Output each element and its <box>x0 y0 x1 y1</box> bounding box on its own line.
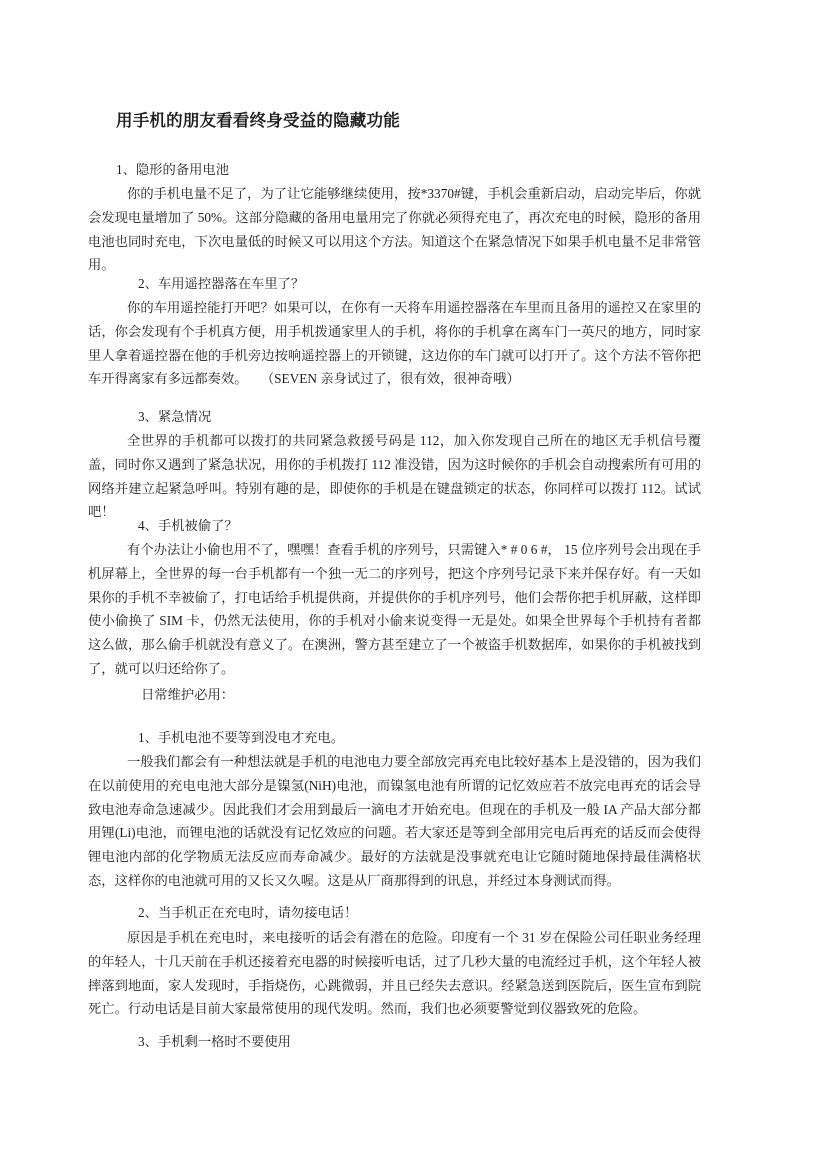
maintenance-2-paragraph: 原因是手机在充电时，来电接听的话会有潜在的危险。印度有一个 31 岁在保险公司任… <box>88 926 701 1021</box>
maintenance-1-heading: 1、手机电池不要等到没电才充电。 <box>88 726 701 750</box>
maintenance-1-paragraph: 一般我们都会有一种想法就是手机的电池电力要全部放完再充电比较好基本上是没错的，因… <box>88 750 701 893</box>
section-2-paragraph: 你的车用遥控能打开吧？如果可以，在你有一天将车用遥控器落在车里而且备用的遥控又在… <box>88 296 701 391</box>
section-2-heading: 2、车用遥控器落在车里了？ <box>88 272 701 296</box>
section-3-heading: 3、紧急情况 <box>88 405 701 429</box>
section-1-heading: 1、隐形的备用电池 <box>88 158 701 182</box>
document-page: 用手机的朋友看看终身受益的隐藏功能 1、隐形的备用电池 你的手机电量不足了，为了… <box>0 0 827 1169</box>
section-4-paragraph: 有个办法让小偷也用不了，嘿嘿！查看手机的序列号，只需键入* # 0 6 #， 1… <box>88 538 701 681</box>
section-3-paragraph: 全世界的手机都可以拨打的共同紧急救援号码是 112，加入你发现自己所在的地区无手… <box>88 429 701 524</box>
section-1-paragraph: 你的手机电量不足了，为了让它能够继续使用，按*3370#键，手机会重新启动，启动… <box>88 182 701 277</box>
document-title: 用手机的朋友看看终身受益的隐藏功能 <box>88 108 701 133</box>
section-4-heading: 4、手机被偷了？ <box>88 514 701 538</box>
maintenance-section-label: 日常维护必用： <box>88 683 701 707</box>
maintenance-3-heading: 3、手机剩一格时不要使用 <box>88 1030 701 1054</box>
maintenance-2-heading: 2、当手机正在充电时，请勿接电话！ <box>88 901 701 925</box>
